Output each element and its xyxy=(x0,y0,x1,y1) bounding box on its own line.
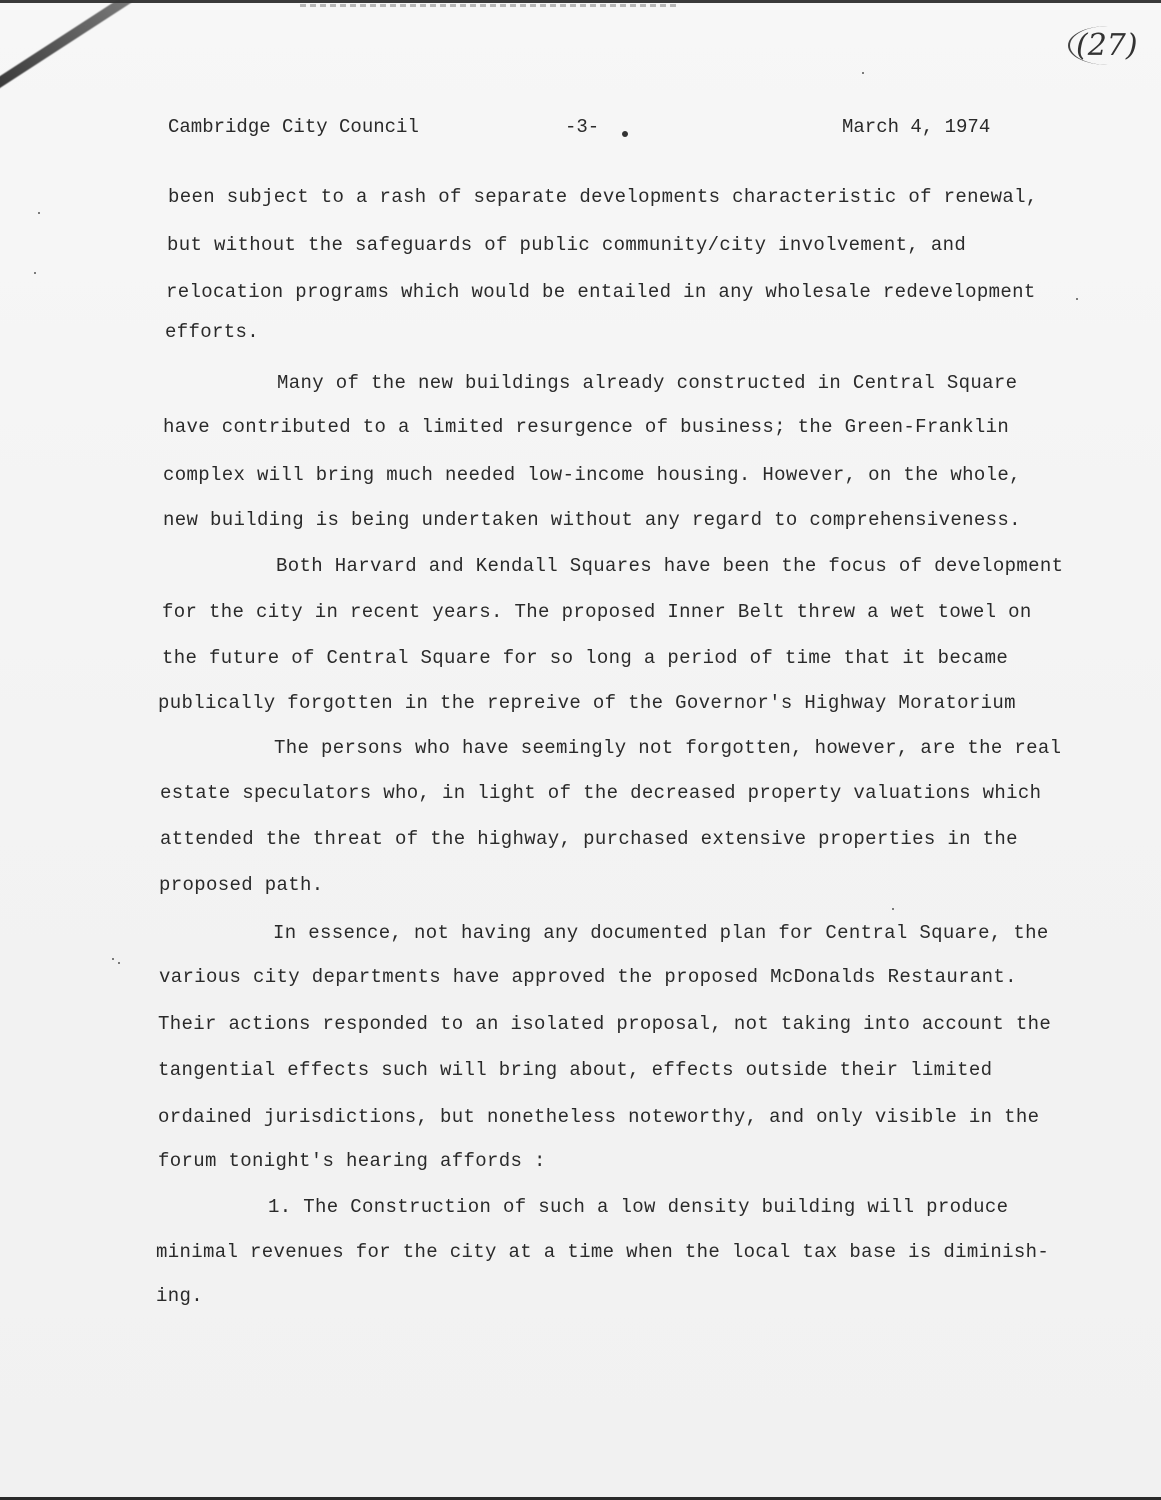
text-line: The persons who have seemingly not forgo… xyxy=(274,737,1061,759)
speck xyxy=(112,958,114,960)
text-line: various city departments have approved t… xyxy=(159,966,1017,988)
staple-mark xyxy=(0,0,234,99)
speck xyxy=(38,212,40,214)
text-line: Many of the new buildings already constr… xyxy=(277,372,1017,394)
text-line: 1. The Construction of such a low densit… xyxy=(268,1196,1008,1218)
scan-smudge xyxy=(300,4,680,7)
scan-top-edge xyxy=(0,0,1161,3)
text-line: complex will bring much needed low-incom… xyxy=(163,464,1021,486)
text-line: publically forgotten in the repreive of … xyxy=(158,692,1016,714)
text-line: the future of Central Square for so long… xyxy=(162,647,1008,669)
text-line: minimal revenues for the city at a time … xyxy=(156,1241,1049,1263)
text-line: Both Harvard and Kendall Squares have be… xyxy=(276,555,1063,577)
speck xyxy=(622,131,628,137)
speck xyxy=(862,72,864,74)
text-line: been subject to a rash of separate devel… xyxy=(168,186,1038,208)
header-page-number: -3- xyxy=(565,116,599,138)
text-line: In essence, not having any documented pl… xyxy=(273,922,1049,944)
text-line: proposed path. xyxy=(159,874,324,896)
speck xyxy=(34,272,36,274)
speck xyxy=(892,908,894,910)
header-organization: Cambridge City Council xyxy=(168,116,419,138)
scanned-page: (27) Cambridge City Council -3- March 4,… xyxy=(0,0,1161,1500)
text-line: tangential effects such will bring about… xyxy=(158,1059,992,1081)
text-line: forum tonight's hearing affords : xyxy=(158,1150,546,1172)
text-line: for the city in recent years. The propos… xyxy=(162,601,1032,623)
text-line: ing. xyxy=(156,1285,203,1307)
text-line: have contributed to a limited resurgence… xyxy=(163,416,1009,438)
text-line: Their actions responded to an isolated p… xyxy=(158,1013,1051,1035)
header-date: March 4, 1974 xyxy=(842,116,990,138)
page-header: Cambridge City Council -3- March 4, 1974 xyxy=(0,116,1161,146)
speck xyxy=(118,962,120,964)
text-line: new building is being undertaken without… xyxy=(163,509,1021,531)
speck xyxy=(1076,298,1078,300)
text-line: estate speculators who, in light of the … xyxy=(160,782,1041,804)
text-line: ordained jurisdictions, but nonetheless … xyxy=(158,1106,1039,1128)
text-line: attended the threat of the highway, purc… xyxy=(160,828,1018,850)
text-line: efforts. xyxy=(165,321,259,343)
handwritten-page-number: (27) xyxy=(1068,26,1148,65)
text-line: relocation programs which would be entai… xyxy=(166,281,1036,303)
text-line: but without the safeguards of public com… xyxy=(167,234,966,256)
